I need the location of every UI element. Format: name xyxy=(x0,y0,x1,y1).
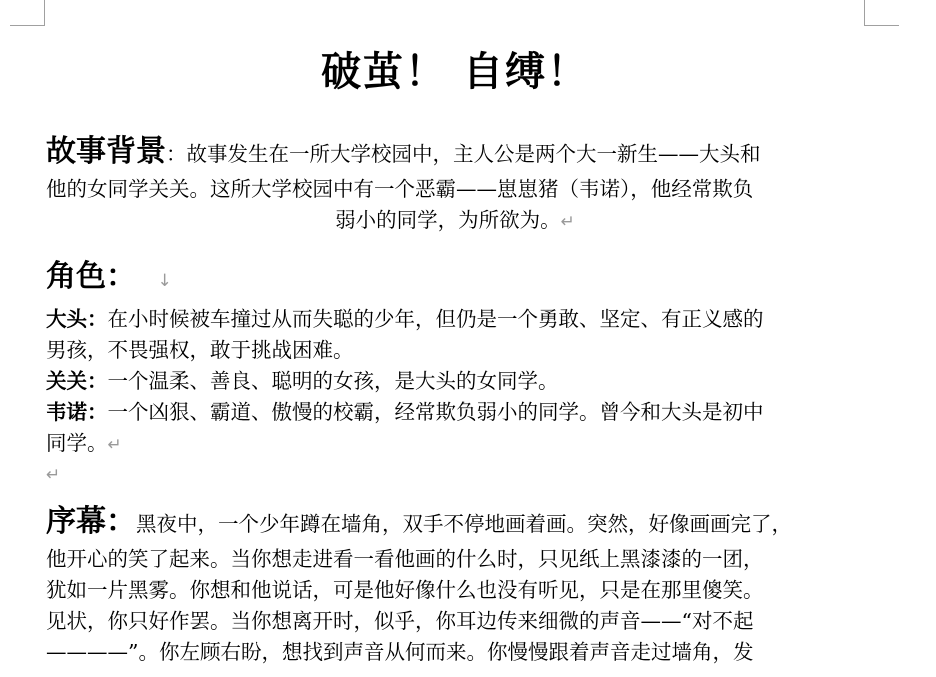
roles-list: 大头：在小时候被车撞过从而失聪的少年，但仍是一个勇敢、坚定、有正义感的 男孩，不… xyxy=(46,304,864,461)
role-colon: ： xyxy=(87,307,108,331)
text-line: 一个温柔、善良、聪明的女孩，是大头的女同学。 xyxy=(108,369,559,393)
role-weinuo-line-2: 同学。↵ xyxy=(46,428,864,461)
text-line: 同学。 xyxy=(46,431,108,455)
document-title: 破茧！ 自缚！ xyxy=(46,46,864,98)
line-break-mark-icon: ↓ xyxy=(158,271,172,291)
paragraph-mark-icon: ↵ xyxy=(108,435,122,455)
story-background-line-1: 故事背景：故事发生在一所大学校园中，主人公是两个大一新生——大头和 xyxy=(46,130,864,174)
role-colon: ： xyxy=(87,400,108,424)
story-background-line-3: 弱小的同学，为所欲为。↵ xyxy=(46,205,864,238)
role-guanguan-line-1: 关关：一个温柔、善良、聪明的女孩，是大头的女同学。 xyxy=(46,366,864,397)
role-datou-line-1: 大头：在小时候被车撞过从而失聪的少年，但仍是一个勇敢、坚定、有正义感的 xyxy=(46,304,864,335)
heading-colon: ： xyxy=(106,504,136,539)
text-line: 一个凶狠、霸道、傲慢的校霸，经常欺负弱小的同学。曾今和大头是初中 xyxy=(108,400,764,424)
story-background-line-2: 他的女同学关关。这所大学校园中有一个恶霸——崽崽猪（韦诺），他经常欺负 xyxy=(46,174,864,205)
text-line: 故事发生在一所大学校园中，主人公是两个大一新生——大头和 xyxy=(187,142,761,166)
role-weinuo-line-1: 韦诺：一个凶狠、霸道、傲慢的校霸，经常欺负弱小的同学。曾今和大头是初中 xyxy=(46,397,864,428)
roles-heading: 角色： xyxy=(46,259,136,294)
heading-colon: ： xyxy=(166,142,187,166)
page-corner-mark-top-left xyxy=(10,0,45,26)
role-name-weinuo: 韦诺 xyxy=(46,400,87,424)
roles-heading-line: 角色： ↓ xyxy=(46,257,864,301)
empty-paragraph: ↵ xyxy=(46,458,864,491)
role-name-datou: 大头 xyxy=(46,307,87,331)
role-datou-line-2: 男孩，不畏强权，敢于挑战困难。 xyxy=(46,335,864,366)
prologue-line-5: ————”。你左顾右盼，想找到声音从何而来。你慢慢跟着声音走过墙角，发 xyxy=(46,637,864,668)
prologue-paragraph: 序幕：黑夜中，一个少年蹲在墙角，双手不停地画着画。突然，好像画画完了， 他开心的… xyxy=(46,500,864,668)
text-line: 弱小的同学，为所欲为。 xyxy=(335,208,561,232)
prologue-line-4: 见状，你只好作罢。当你想离开时，似乎，你耳边传来细微的声音——“对不起 xyxy=(46,606,864,637)
story-background-heading: 故事背景 xyxy=(46,134,166,169)
prologue-line-2: 他开心的笑了起来。当你想走进看一看他画的什么时，只见纸上黑漆漆的一团， xyxy=(46,544,864,575)
paragraph-mark-icon: ↵ xyxy=(561,212,575,232)
role-name-guanguan: 关关 xyxy=(46,369,87,393)
text-line: 黑夜中，一个少年蹲在墙角，双手不停地画着画。突然，好像画画完了， xyxy=(136,512,792,536)
prologue-heading: 序幕 xyxy=(46,504,106,539)
role-colon: ： xyxy=(87,369,108,393)
paragraph-mark-icon: ↵ xyxy=(46,465,60,485)
story-background-paragraph: 故事背景：故事发生在一所大学校园中，主人公是两个大一新生——大头和 他的女同学关… xyxy=(46,130,864,238)
page-corner-mark-top-right xyxy=(864,0,899,26)
prologue-line-1: 序幕：黑夜中，一个少年蹲在墙角，双手不停地画着画。突然，好像画画完了， xyxy=(46,500,864,544)
text-line: 在小时候被车撞过从而失聪的少年，但仍是一个勇敢、坚定、有正义感的 xyxy=(108,307,764,331)
prologue-line-3: 犹如一片黑雾。你想和他说话，可是他好像什么也没有听见，只是在那里傻笑。 xyxy=(46,575,864,606)
